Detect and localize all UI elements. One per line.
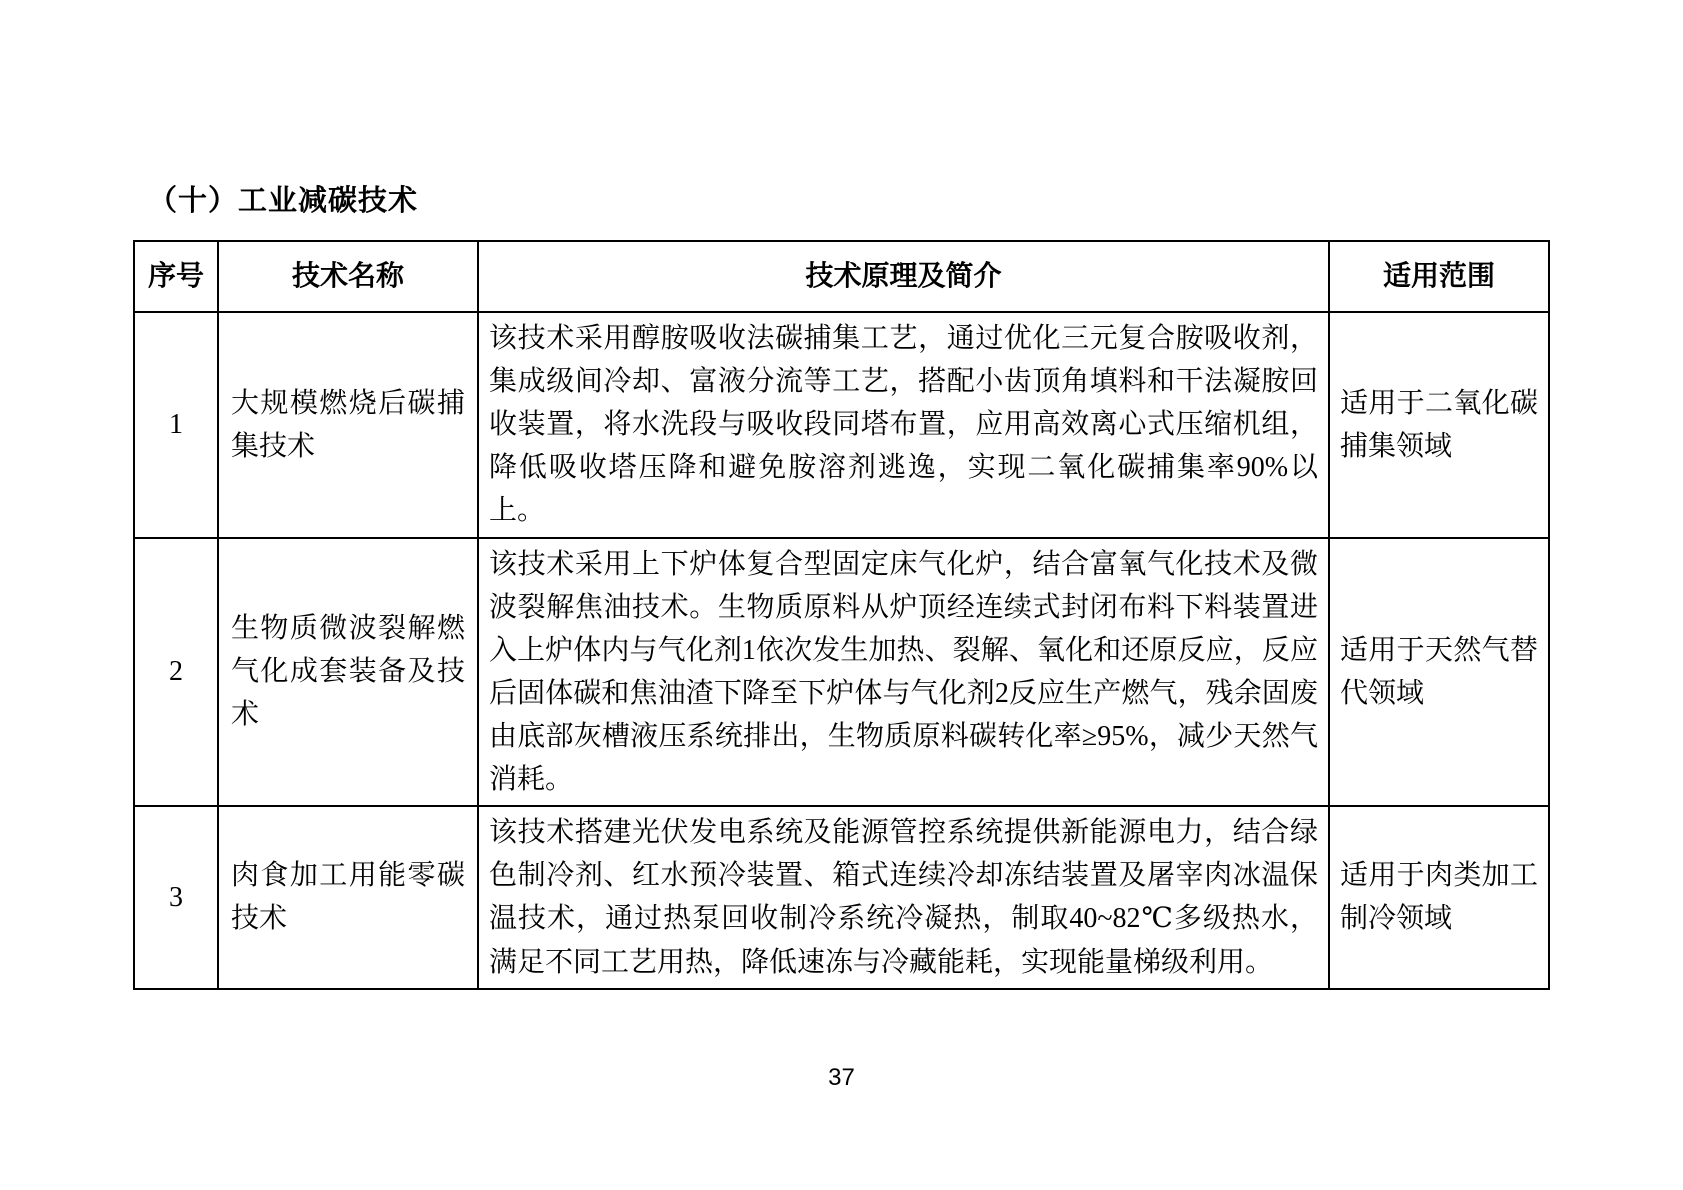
row-technology-name: 肉食加工用能零碳技术 (218, 806, 478, 988)
page-number: 37 (0, 1064, 1683, 1092)
row-serial-number: 2 (134, 538, 218, 807)
header-scope: 适用范围 (1329, 241, 1549, 312)
row-scope: 适用于二氧化碳捕集领域 (1329, 312, 1549, 538)
section-heading: （十）工业减碳技术 (148, 178, 418, 219)
row-serial-number: 1 (134, 312, 218, 538)
row-scope: 适用于天然气替代领域 (1329, 538, 1549, 807)
table-row: 1 大规模燃烧后碳捕集技术 该技术采用醇胺吸收法碳捕集工艺，通过优化三元复合胺吸… (134, 312, 1549, 538)
row-principle-intro: 该技术搭建光伏发电系统及能源管控系统提供新能源电力，结合绿色制冷剂、红水预冷装置… (478, 806, 1329, 988)
header-principle-intro: 技术原理及简介 (478, 241, 1329, 312)
row-scope: 适用于肉类加工制冷领域 (1329, 806, 1549, 988)
table-row: 3 肉食加工用能零碳技术 该技术搭建光伏发电系统及能源管控系统提供新能源电力，结… (134, 806, 1549, 988)
row-technology-name: 大规模燃烧后碳捕集技术 (218, 312, 478, 538)
row-technology-name: 生物质微波裂解燃气化成套装备及技术 (218, 538, 478, 807)
table-header-row: 序号 技术名称 技术原理及简介 适用范围 (134, 241, 1549, 312)
header-serial-number: 序号 (134, 241, 218, 312)
technology-table: 序号 技术名称 技术原理及简介 适用范围 1 大规模燃烧后碳捕集技术 该技术采用… (133, 240, 1550, 990)
row-principle-intro: 该技术采用上下炉体复合型固定床气化炉，结合富氧气化技术及微波裂解焦油技术。生物质… (478, 538, 1329, 807)
row-serial-number: 3 (134, 806, 218, 988)
document-page: （十）工业减碳技术 序号 技术名称 技术原理及简介 适用范围 1 大规模燃烧后碳… (0, 0, 1683, 1190)
table-row: 2 生物质微波裂解燃气化成套装备及技术 该技术采用上下炉体复合型固定床气化炉，结… (134, 538, 1549, 807)
row-principle-intro: 该技术采用醇胺吸收法碳捕集工艺，通过优化三元复合胺吸收剂，集成级间冷却、富液分流… (478, 312, 1329, 538)
header-technology-name: 技术名称 (218, 241, 478, 312)
